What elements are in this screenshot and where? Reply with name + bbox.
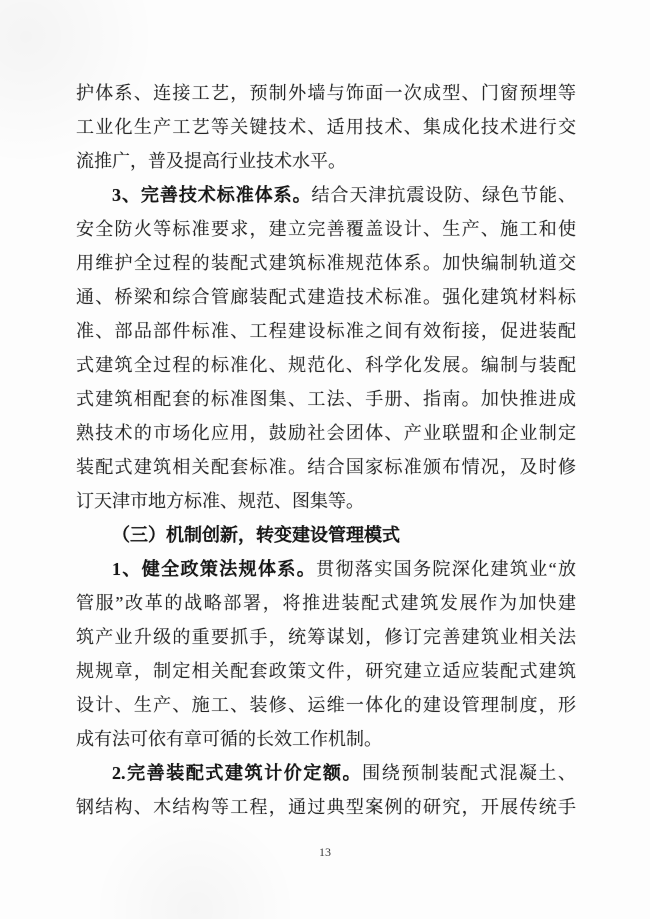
- text-line: 工业化生产工艺等关键技术、适用技术、集成化技术进行交: [76, 110, 576, 144]
- text-line: 管服”改革的战略部署，将推进装配式建筑发展作为加快建: [76, 586, 576, 620]
- text-line: 成有法可依有章可循的长效工作机制。: [76, 722, 576, 756]
- line-text: 成有法可依有章可循的长效工作机制。: [76, 729, 382, 749]
- line-text: 钢结构、木结构等工程，通过典型案例的研究，开展传统手: [76, 797, 576, 817]
- text-line: 通、桥梁和综合管廊装配式建造技术标准。强化建筑材料标: [76, 280, 576, 314]
- line-text: 管服”改革的战略部署，将推进装配式建筑发展作为加快建: [76, 593, 576, 613]
- text-line: 护体系、连接工艺，预制外墙与饰面一次成型、门窗预埋等: [76, 76, 576, 110]
- line-text: 规规章，制定相关配套政策文件，研究建立适应装配式建筑: [76, 661, 576, 681]
- paragraph-lead: 1、健全政策法规体系。: [112, 559, 316, 579]
- line-text: 式建筑相配套的标准图集、工法、手册、指南。加快推进成: [76, 389, 576, 409]
- line-text: 设计、生产、施工、装修、运维一体化的建设管理制度，形: [76, 695, 576, 715]
- text-line: 式建筑全过程的标准化、规范化、科学化发展。编制与装配: [76, 348, 576, 382]
- text-line: 式建筑相配套的标准图集、工法、手册、指南。加快推进成: [76, 382, 576, 416]
- line-text: 装配式建筑相关配套标准。结合国家标准颁布情况，及时修: [76, 457, 576, 477]
- line-text: 熟技术的市场化应用，鼓励社会团体、产业联盟和企业制定: [76, 423, 576, 443]
- text-line: 3、完善技术标准体系。结合天津抗震设防、绿色节能、: [76, 178, 576, 212]
- page-number: 13: [0, 845, 650, 860]
- line-text: 工业化生产工艺等关键技术、适用技术、集成化技术进行交: [76, 117, 576, 137]
- line-text: 筑产业升级的重要抓手，统筹谋划，修订完善建筑业相关法: [76, 627, 576, 647]
- line-text: 通、桥梁和综合管廊装配式建造技术标准。强化建筑材料标: [76, 287, 576, 307]
- text-line: 安全防火等标准要求，建立完善覆盖设计、生产、施工和使: [76, 212, 576, 246]
- text-line: 流推广，普及提高行业技术水平。: [76, 144, 576, 178]
- section-heading-line: （三）机制创新，转变建设管理模式: [76, 518, 576, 552]
- line-text: 围绕预制装配式混凝土、: [362, 763, 576, 783]
- line-text: 流推广，普及提高行业技术水平。: [76, 151, 346, 171]
- text-line: 准、部品部件标准、工程建设标准之间有效衔接，促进装配: [76, 314, 576, 348]
- text-line: 熟技术的市场化应用，鼓励社会团体、产业联盟和企业制定: [76, 416, 576, 450]
- text-line: 装配式建筑相关配套标准。结合国家标准颁布情况，及时修: [76, 450, 576, 484]
- line-text: 贯彻落实国务院深化建筑业“放: [316, 559, 576, 579]
- text-line: 用维护全过程的装配式建筑标准规范体系。加快编制轨道交: [76, 246, 576, 280]
- text-line: 筑产业升级的重要抓手，统筹谋划，修订完善建筑业相关法: [76, 620, 576, 654]
- text-line: 设计、生产、施工、装修、运维一体化的建设管理制度，形: [76, 688, 576, 722]
- line-text: 用维护全过程的装配式建筑标准规范体系。加快编制轨道交: [76, 253, 576, 273]
- line-text: 安全防火等标准要求，建立完善覆盖设计、生产、施工和使: [76, 219, 576, 239]
- section-heading-text: （三）机制创新，转变建设管理模式: [112, 525, 400, 545]
- line-text: 订天津市地方标准、规范、图集等。: [76, 491, 364, 511]
- line-text: 护体系、连接工艺，预制外墙与饰面一次成型、门窗预埋等: [76, 83, 576, 103]
- document-text-block: 护体系、连接工艺，预制外墙与饰面一次成型、门窗预埋等 工业化生产工艺等关键技术、…: [76, 76, 576, 824]
- text-line: 钢结构、木结构等工程，通过典型案例的研究，开展传统手: [76, 790, 576, 824]
- line-text: 准、部品部件标准、工程建设标准之间有效衔接，促进装配: [76, 321, 576, 341]
- document-page: 护体系、连接工艺，预制外墙与饰面一次成型、门窗预埋等 工业化生产工艺等关键技术、…: [0, 0, 650, 919]
- line-text: 结合天津抗震设防、绿色节能、: [312, 185, 576, 205]
- paragraph-lead: 2.完善装配式建筑计价定额。: [112, 763, 362, 783]
- paragraph-lead: 3、完善技术标准体系。: [112, 185, 312, 205]
- text-line: 订天津市地方标准、规范、图集等。: [76, 484, 576, 518]
- text-line: 2.完善装配式建筑计价定额。围绕预制装配式混凝土、: [76, 756, 576, 790]
- text-line: 1、健全政策法规体系。贯彻落实国务院深化建筑业“放: [76, 552, 576, 586]
- text-line: 规规章，制定相关配套政策文件，研究建立适应装配式建筑: [76, 654, 576, 688]
- line-text: 式建筑全过程的标准化、规范化、科学化发展。编制与装配: [76, 355, 576, 375]
